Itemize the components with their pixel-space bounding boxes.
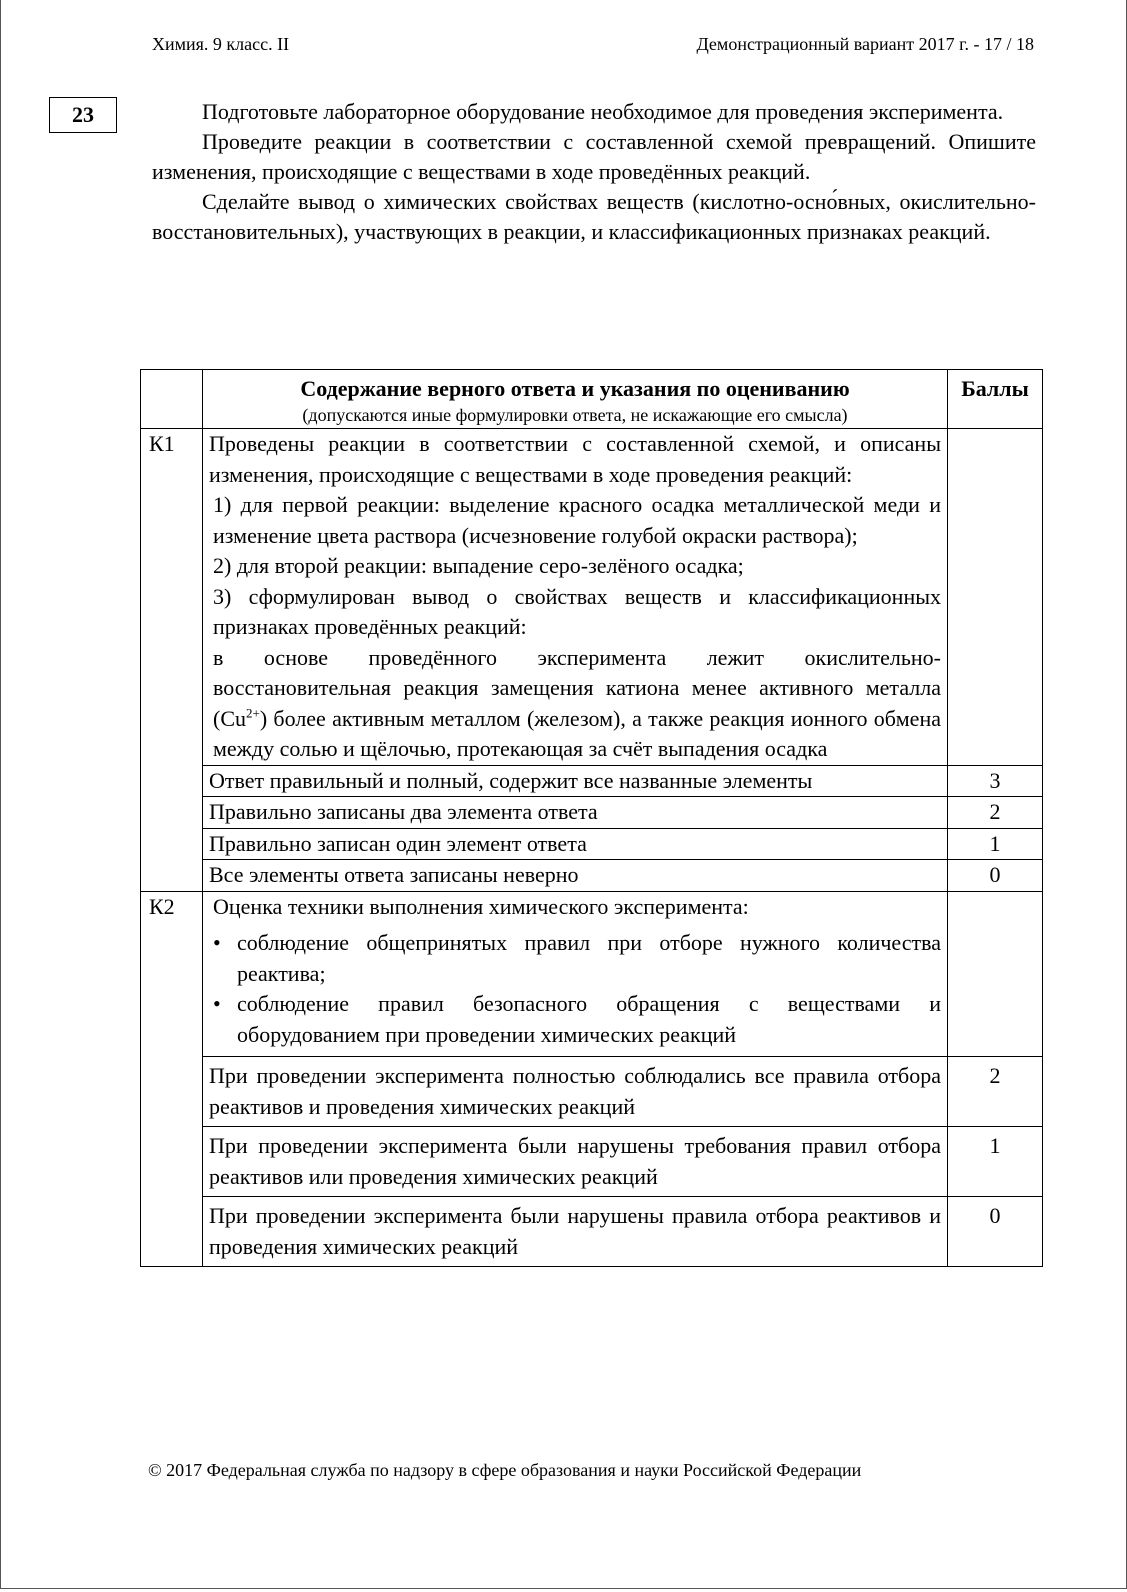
table-header-row: Содержание верного ответа и указания по …	[141, 370, 1043, 429]
score-cell	[948, 891, 1043, 1057]
criterion-description: Проведены реакции в соответствии с соста…	[203, 429, 948, 766]
bullet-icon: •	[213, 928, 237, 989]
criterion-text: Все элементы ответа записаны неверно	[203, 860, 948, 892]
k1-conclusion: в основе проведённого эксперимента лежит…	[209, 643, 941, 765]
criterion-code: К2	[141, 891, 203, 1267]
table-row: К1 Проведены реакции в соответствии с со…	[141, 429, 1043, 766]
task-instructions: Подготовьте лабораторное оборудование не…	[152, 97, 1036, 247]
k2-bullet: • соблюдение общепринятых правил при отб…	[209, 928, 941, 989]
instruction-paragraph: Сделайте вывод о химических свойствах ве…	[152, 187, 1036, 247]
k2-intro: Оценка техники выполнения химического эк…	[209, 892, 941, 923]
criterion-text: При проведении эксперимента были нарушен…	[203, 1127, 948, 1197]
criterion-text: Правильно записан один элемент ответа	[203, 828, 948, 860]
score-cell	[948, 429, 1043, 766]
criterion-description: Оценка техники выполнения химического эк…	[203, 891, 948, 1057]
k1-item-3: 3) сформулирован вывод о свойствах вещес…	[209, 582, 941, 643]
table-row: Правильно записаны два элемента ответа 2	[141, 797, 1043, 829]
criterion-code: К1	[141, 429, 203, 892]
instruction-paragraph: Подготовьте лабораторное оборудование не…	[152, 97, 1036, 127]
grading-table: Содержание верного ответа и указания по …	[140, 369, 1043, 1267]
task-number-box: 23	[49, 97, 117, 133]
k1-conclusion-text: ) более активным металлом (железом), а т…	[213, 706, 941, 762]
criterion-text: Правильно записаны два элемента ответа	[203, 797, 948, 829]
criterion-text: При проведении эксперимента полностью со…	[203, 1057, 948, 1127]
running-header-page: Демонстрационный вариант 2017 г. - 17 / …	[696, 34, 1034, 55]
header-code-cell	[141, 370, 203, 429]
running-header-subject: Химия. 9 класс. II	[152, 34, 289, 55]
table-row: К2 Оценка техники выполнения химического…	[141, 891, 1043, 1057]
k2-bullet: • соблюдение правил безопасного обращени…	[209, 989, 941, 1056]
score-cell: 0	[948, 1197, 1043, 1267]
score-cell: 1	[948, 828, 1043, 860]
table-row: При проведении эксперимента были нарушен…	[141, 1197, 1043, 1267]
k1-item-2: 2) для второй реакции: выпадение серо-зе…	[209, 551, 941, 582]
header-content-cell: Содержание верного ответа и указания по …	[203, 370, 948, 429]
score-cell: 2	[948, 797, 1043, 829]
criterion-text: Ответ правильный и полный, содержит все …	[203, 765, 948, 797]
k1-item-1: 1) для первой реакции: выделение красног…	[209, 490, 941, 551]
score-cell: 3	[948, 765, 1043, 797]
bullet-text: соблюдение общепринятых правил при отбор…	[237, 928, 941, 989]
score-cell: 1	[948, 1127, 1043, 1197]
copyright-footer: © 2017 Федеральная служба по надзору в с…	[148, 1460, 861, 1481]
instruction-paragraph: Проведите реакции в соответствии с соста…	[152, 127, 1036, 187]
k1-intro: Проведены реакции в соответствии с соста…	[209, 429, 941, 490]
header-content-subtitle: (допускаются иные формулировки ответа, н…	[209, 404, 941, 428]
table-row: При проведении эксперимента были нарушен…	[141, 1127, 1043, 1197]
table-row: Ответ правильный и полный, содержит все …	[141, 765, 1043, 797]
score-cell: 2	[948, 1057, 1043, 1127]
criterion-text: При проведении эксперимента были нарушен…	[203, 1197, 948, 1267]
table-row: Правильно записан один элемент ответа 1	[141, 828, 1043, 860]
header-content-title: Содержание верного ответа и указания по …	[209, 374, 941, 404]
score-cell: 0	[948, 860, 1043, 892]
ion-charge: 2+	[246, 705, 260, 720]
bullet-icon: •	[213, 989, 237, 1050]
header-score-cell: Баллы	[948, 370, 1043, 429]
table-row: При проведении эксперимента полностью со…	[141, 1057, 1043, 1127]
bullet-text: соблюдение правил безопасного обращения …	[237, 989, 941, 1050]
table-row: Все элементы ответа записаны неверно 0	[141, 860, 1043, 892]
